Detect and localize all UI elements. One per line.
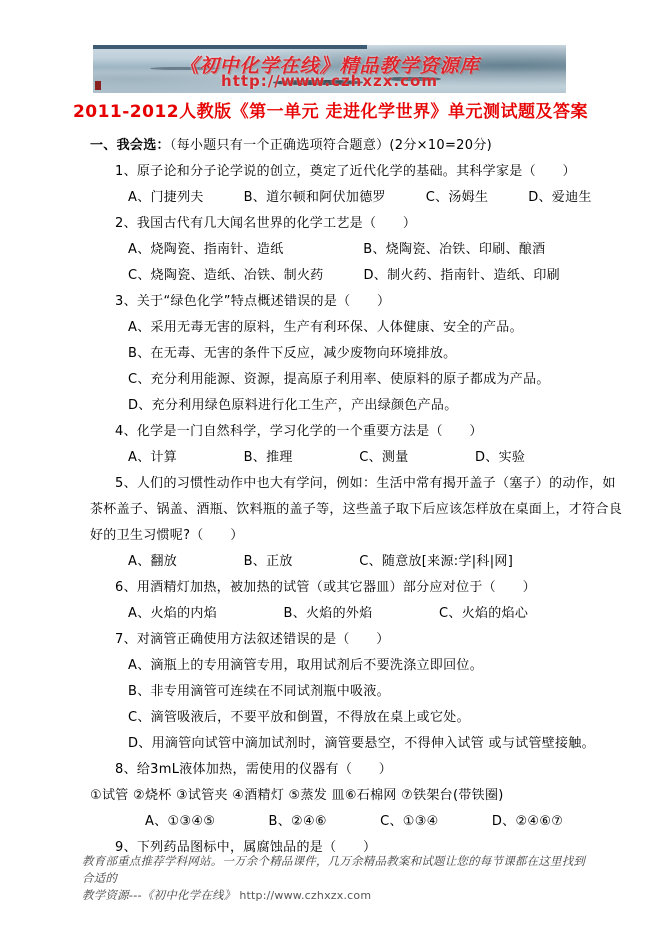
footer-line-1: 教育部重点推荐学科网站。一万余个精品课件，几万余精品教案和试题让您的每节课都在这… xyxy=(82,853,587,887)
document-line: A、采用无毒无害的原料，生产有利环保、人体健康、安全的产品。 xyxy=(90,315,574,341)
document-line: C、滴管吸液后，不要平放和倒置，不得放在桌上或它处。 xyxy=(90,705,574,731)
document-line: 8、给3mL液体加热，需使用的仪器有（ ） xyxy=(90,757,574,783)
document-line: A、计算 B、推理 C、测量 D、实验 xyxy=(90,445,574,471)
document-line: 7、对滴管正确使用方法叙述错误的是（ ） xyxy=(90,627,574,653)
document-line: C、烧陶瓷、造纸、冶铁、制火药 D、制火药、指南针、造纸、印刷 xyxy=(90,263,574,289)
footer-url: http://www.czhxzx.com xyxy=(239,889,371,902)
document-line: 一、我会选：（每小题只有一个正确选项符合题意）(2分×10=20分) xyxy=(90,133,574,159)
document-line: C、充分利用能源、资源，提高原子利用率、使原料的原子都成为产品。 xyxy=(90,367,574,393)
banner-image: 《初中化学在线》精品教学资源库 http://www.czhxzx.com xyxy=(93,45,566,93)
document-line: B、非专用滴管可连续在不同试剂瓶中吸液。 xyxy=(90,679,574,705)
document-line: A、翻放 B、正放 C、随意放[来源:学|科|网] xyxy=(90,549,574,575)
document-line: 5、人们的习惯性动作中也大有学问，例如：生活中常有揭开盖子（塞子）的动作，如 xyxy=(90,471,574,497)
banner-site-url: http://www.czhxzx.com xyxy=(93,72,566,90)
document-line: A、①③④⑤ B、②④⑥ C、①③④ D、②④⑥⑦ xyxy=(90,809,574,835)
page-title: 2011-2012人教版《第一单元 走进化学世界》单元测试题及答案 xyxy=(0,97,661,122)
document-line: 茶杯盖子、锅盖、酒瓶、饮料瓶的盖子等，这些盖子取下后应该怎样放在桌面上，才符合良 xyxy=(90,497,574,523)
document-line: 3、关于“绿色化学”特点概述错误的是（ ） xyxy=(90,289,574,315)
document-line: 1、原子论和分子论学说的创立，奠定了近代化学的基础。其科学家是（ ） xyxy=(90,159,574,185)
document-line: 2、我国古代有几大闻名世界的化学工艺是（ ） xyxy=(90,211,574,237)
footer: 教育部重点推荐学科网站。一万余个精品课件，几万余精品教案和试题让您的每节课都在这… xyxy=(82,853,587,904)
document-line: A、滴瓶上的专用滴管专用，取用试剂后不要洗涤立即回位。 xyxy=(90,653,574,679)
document-line: A、门捷列夫 B、道尔顿和阿伏加德罗 C、汤姆生 D、爱迪生 xyxy=(90,185,574,211)
document-line: D、用滴管向试管中滴加试剂时，滴管要悬空，不得伸入试管 或与试管壁接触。 xyxy=(90,731,574,757)
document-page: 《初中化学在线》精品教学资源库 http://www.czhxzx.com 20… xyxy=(0,0,661,935)
banner-top-strip xyxy=(93,45,367,49)
document-line: 好的卫生习惯呢?（ ） xyxy=(90,523,574,549)
document-line: D、充分利用绿色原料进行化工生产，产出绿颜色产品。 xyxy=(90,393,574,419)
footer-line-2: 教学资源---《初中化学在线》 http://www.czhxzx.com xyxy=(82,887,587,904)
document-line: 6、用酒精灯加热，被加热的试管（或其它器皿）部分应对位于（ ） xyxy=(90,575,574,601)
document-line: ①试管 ②烧杯 ③试管夹 ④酒精灯 ⑤蒸发 皿⑥石棉网 ⑦铁架台(带铁圈) xyxy=(90,783,574,809)
document-line: B、在无毒、无害的条件下反应，减少废物向环境排放。 xyxy=(90,341,574,367)
footer-line-2-text: 教学资源---《初中化学在线》 xyxy=(82,888,235,902)
document-line: A、烧陶瓷、指南针、造纸 B、烧陶瓷、冶铁、印刷、酿酒 xyxy=(90,237,574,263)
document-line: A、火焰的内焰 B、火焰的外焰 C、火焰的焰心 xyxy=(90,601,574,627)
document-body: 一、我会选：（每小题只有一个正确选项符合题意）(2分×10=20分)1、原子论和… xyxy=(90,133,574,861)
section-header-label: 一、我会选： xyxy=(90,138,170,153)
document-line: 4、化学是一门自然科学，学习化学的一个重要方法是（ ） xyxy=(90,419,574,445)
